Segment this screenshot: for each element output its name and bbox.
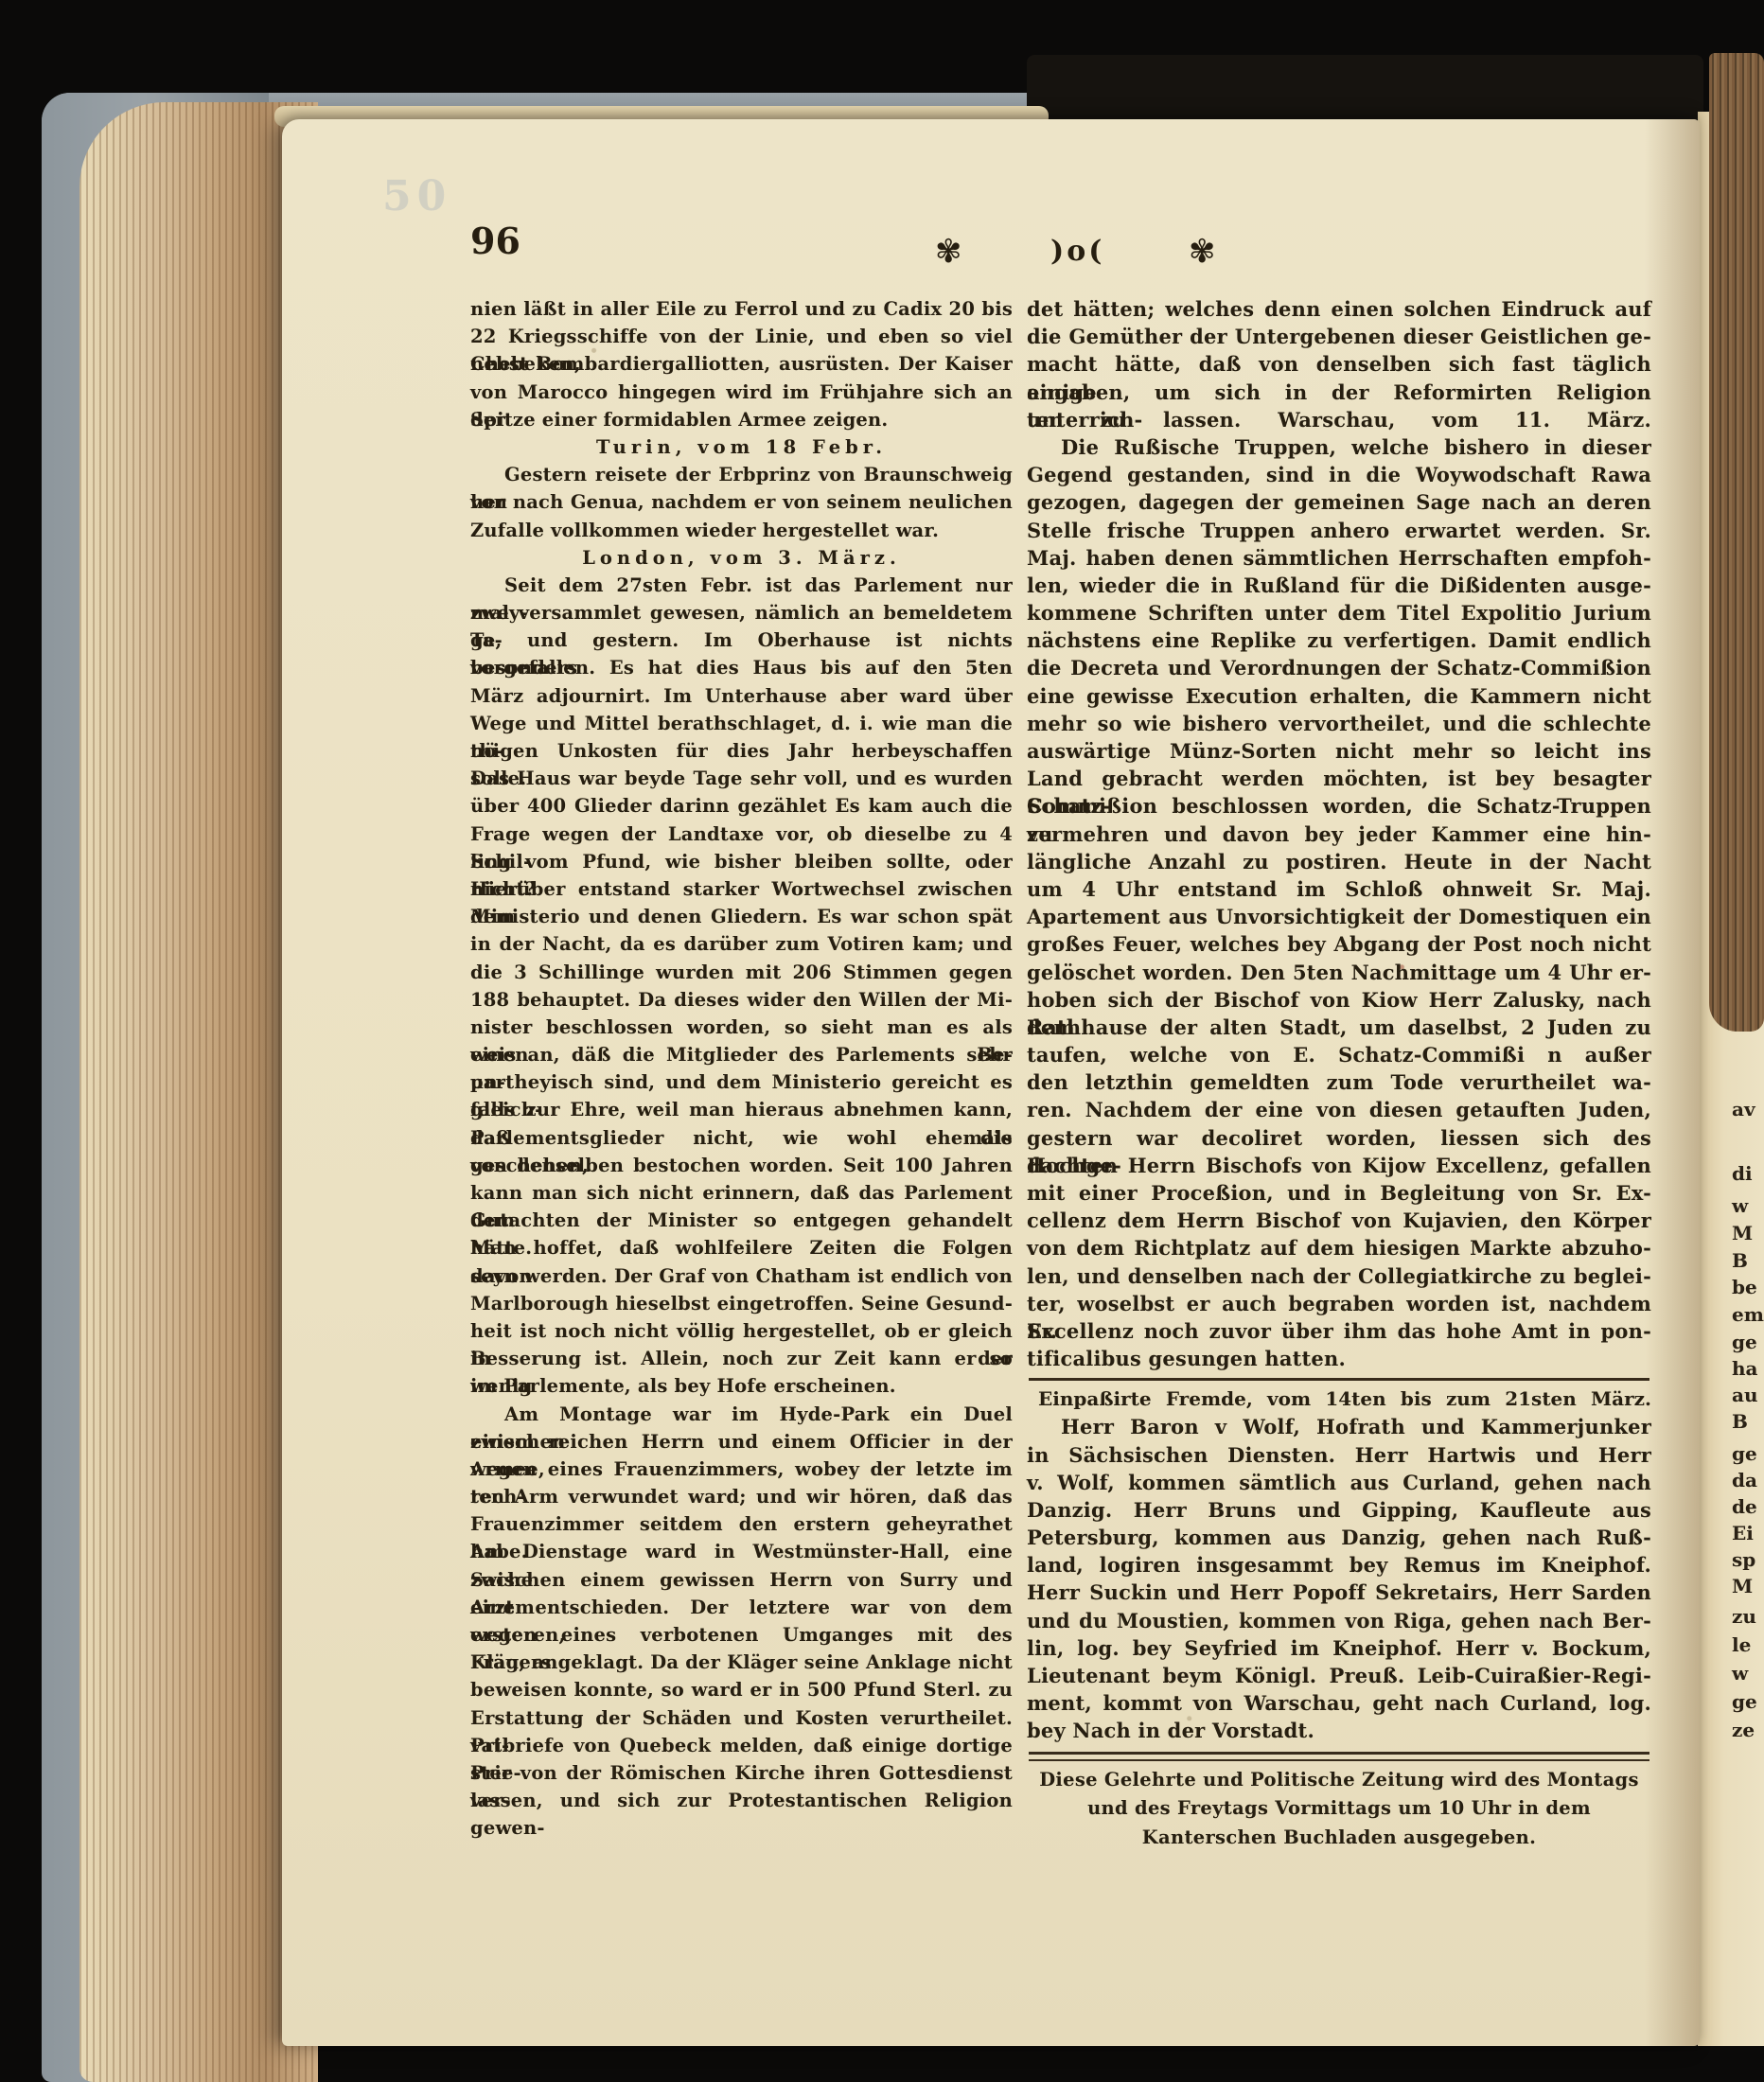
text-line: nebst Bombardiergalliotten, ausrüsten. D… — [470, 350, 1013, 378]
text-line: mehr so wie bishero vervortheilet, und d… — [1027, 710, 1651, 737]
text-line: Gestern reisete der Erbprinz von Braunsc… — [470, 461, 1013, 488]
newspaper-page: 50 96 ✾ )o( ✾ nien läßt in aller Eile zu… — [282, 119, 1700, 2046]
text-line: die Gemüther der Untergebenen dieser Gei… — [1027, 323, 1651, 350]
text-line: nister beschlossen worden, so sieht man … — [470, 1014, 1013, 1041]
text-line: Man hoffet, daß wohlfeilere Zeiten die F… — [470, 1234, 1013, 1262]
cut-off-text-fragment: be — [1732, 1276, 1757, 1298]
page-gutter-shadow — [1645, 119, 1700, 2046]
text-line: Am Montage war im Hyde-Park ein Duel zwi… — [470, 1401, 1013, 1428]
text-line: partheyisch sind, und dem Ministerio ger… — [470, 1068, 1013, 1096]
text-line: gezogen, dagegen der gemeinen Sage nach … — [1027, 488, 1651, 516]
text-line: 22 Kriegsschiffe von der Linie, und eben… — [470, 323, 1013, 350]
cut-off-text-fragment: ge — [1732, 1331, 1757, 1353]
text-line: Turin, vom 18 Febr. — [470, 433, 1013, 461]
text-line: taufen, welche von E. Schatz-Commißi n a… — [1027, 1041, 1651, 1068]
text-line: thigen Unkosten für dies Jahr herbeyscha… — [470, 737, 1013, 765]
cut-off-text-fragment: av — [1732, 1098, 1755, 1120]
cut-off-text-fragment: de — [1732, 1495, 1757, 1518]
text-line: Petersburg, kommen aus Danzig, gehen nac… — [1027, 1524, 1651, 1551]
text-line: Marlborough hieselbst eingetroffen. Sein… — [470, 1290, 1013, 1317]
text-line: falls zur Ehre, weil man hieraus abnehme… — [470, 1096, 1013, 1123]
cut-off-text-fragment: di — [1732, 1162, 1753, 1185]
text-line: einem reichen Herrn und einem Officier i… — [470, 1428, 1013, 1456]
text-line: len, und denselben nach der Collegiatkir… — [1027, 1262, 1651, 1290]
arrivals-list: Herr Baron v Wolf, Hofrath und Kammerjun… — [1027, 1413, 1651, 1744]
cut-off-text-fragment: da — [1732, 1469, 1757, 1491]
left-text-column: nien läßt in aller Eile zu Ferrol und zu… — [470, 295, 1013, 1814]
text-line: von dem Richtplatz auf dem hiesigen Mark… — [1027, 1234, 1651, 1262]
colophon-divider-rule — [1029, 1752, 1649, 1761]
text-line: 188 behauptet. Da dieses wider den Wille… — [470, 986, 1013, 1014]
text-line: Frau, angeklagt. Da der Kläger seine Ank… — [470, 1649, 1013, 1676]
cut-off-text-fragment: B — [1732, 1249, 1748, 1272]
text-line: ten zu lassen. Warschau, vom 11. März. — [1027, 406, 1651, 433]
text-line: len, wieder die in Rußland für die Dißid… — [1027, 572, 1651, 599]
text-line: Herr Suckin und Herr Popoff Sekretairs, … — [1027, 1579, 1651, 1606]
right-column-news: det hätten; welches denn einen solchen E… — [1027, 295, 1651, 1372]
text-line: hoben sich der Bischof von Kiow Herr Zal… — [1027, 986, 1651, 1014]
text-line: Maj. haben denen sämmtlichen Herrschafte… — [1027, 544, 1651, 572]
cut-off-text-fragment: M — [1732, 1575, 1753, 1597]
text-line: tificalibus gesungen hatten. — [1027, 1345, 1651, 1372]
text-line: Diese Gelehrte und Politische Zeitung wi… — [1027, 1766, 1651, 1795]
text-line: Parlementsglieder nicht, wie wohl ehemal… — [470, 1124, 1013, 1152]
text-line: Spitze einer formidablen Armee zeigen. — [470, 406, 1013, 433]
text-line: um 4 Uhr entstand im Schloß ohnweit Sr. … — [1027, 875, 1651, 903]
text-line: Erstattung der Schäden und Kosten verurt… — [470, 1704, 1013, 1732]
text-line: Hierüber entstand starker Wortwechsel zw… — [470, 875, 1013, 903]
text-line: Frage wegen der Landtaxe vor, ob dieselb… — [470, 820, 1013, 848]
colophon: Diese Gelehrte und Politische Zeitung wi… — [1027, 1766, 1651, 1853]
text-line: Gutachten der Minister so entgegen gehan… — [470, 1207, 1013, 1234]
page-number: 96 — [470, 220, 520, 262]
text-line: cellenz dem Herrn Bischof von Kujavien, … — [1027, 1207, 1651, 1234]
photographed-book-page: { "document": { "page_number": "96", "gh… — [0, 0, 1764, 2082]
text-line: Danzig. Herr Bruns und Gipping, Kaufleut… — [1027, 1496, 1651, 1524]
text-line: ge, und gestern. Im Oberhause ist nichts… — [470, 626, 1013, 654]
cut-off-text-fragment: B — [1732, 1410, 1748, 1433]
text-line: Seit dem 27sten Febr. ist das Parlement … — [470, 572, 1013, 599]
text-line: det hätten; welches denn einen solchen E… — [1027, 295, 1651, 323]
cut-off-text-fragment: ge — [1732, 1442, 1757, 1465]
text-line: land, logiren insgesammt bey Remus im Kn… — [1027, 1551, 1651, 1579]
cut-off-text-fragment: em — [1732, 1303, 1764, 1326]
text-line: nien läßt in aller Eile zu Ferrol und zu… — [470, 295, 1013, 323]
cut-off-text-fragment: ge — [1732, 1690, 1757, 1713]
text-line: Am Dienstage ward in Westmünster-Hall, e… — [470, 1538, 1013, 1565]
text-line: Herr Baron v Wolf, Hofrath und Kammerjun… — [1027, 1413, 1651, 1440]
text-line: die Decreta und Verordnungen der Schatz-… — [1027, 654, 1651, 681]
header-center-mark: )o( — [1050, 235, 1104, 268]
text-line: im Parlemente, als bey Hofe erscheinen. — [470, 1372, 1013, 1400]
text-line: auswärtige Münz-Sorten nicht mehr so lei… — [1027, 737, 1651, 765]
text-line: mal versammlet gewesen, nämlich an bemel… — [470, 599, 1013, 626]
cut-off-text-fragment: zu — [1732, 1605, 1756, 1628]
text-line: angaben, um sich in der Reformirten Reli… — [1027, 379, 1651, 406]
text-line: in der Nacht, da es darüber zum Votiren … — [470, 930, 1013, 958]
cut-off-text-fragment: Ei — [1732, 1522, 1754, 1544]
text-line: vatbriefe von Quebeck melden, daß einige… — [470, 1732, 1013, 1759]
text-line: ter, woselbst er auch begraben worden is… — [1027, 1290, 1651, 1317]
text-line: Wege und Mittel berathschlaget, d. i. wi… — [470, 710, 1013, 737]
text-line: dachten Herrn Bischofs von Kijow Excelle… — [1027, 1152, 1651, 1179]
text-line: Stelle frische Truppen anhero erwartet w… — [1027, 517, 1651, 544]
cut-off-text-fragment: M — [1732, 1222, 1753, 1244]
text-line: ster von der Römischen Kirche ihren Gott… — [470, 1759, 1013, 1787]
text-line: wegen eines Frauenzimmers, wobey der let… — [470, 1456, 1013, 1483]
text-line: zwischen einem gewissen Herrn von Surry … — [470, 1566, 1013, 1594]
cut-off-text-fragment: ha — [1732, 1357, 1758, 1380]
text-line: nächstens eine Replike zu verfertigen. D… — [1027, 626, 1651, 654]
shell-ornament-icon: ✾ — [935, 233, 962, 271]
text-line: lin, log. bey Seyfried im Kneiphof. Herr… — [1027, 1634, 1651, 1662]
text-line: Besserung ist. Allein, noch zur Zeit kan… — [470, 1345, 1013, 1372]
text-line: weis an, däß die Mitglieder des Parlemen… — [470, 1041, 1013, 1068]
text-line: Excellenz noch zuvor über ihm das hohe A… — [1027, 1317, 1651, 1345]
text-line: die 3 Schillinge wurden mit 206 Stimmen … — [470, 959, 1013, 986]
text-line: Das Haus war beyde Tage sehr voll, und e… — [470, 765, 1013, 792]
text-line: über 400 Glieder darinn gezählet Es kam … — [470, 792, 1013, 820]
text-line: eine gewisse Execution erhalten, die Kam… — [1027, 682, 1651, 710]
cut-off-text-fragment: ze — [1732, 1719, 1755, 1741]
text-line: bey Nach in der Vorstadt. — [1027, 1717, 1651, 1744]
text-line: wegen eines verbotenen Umganges mit des … — [470, 1621, 1013, 1649]
text-line: und du Moustien, kommen von Riga, gehen … — [1027, 1607, 1651, 1634]
text-line: und des Freytags Vormittags um 10 Uhr in… — [1027, 1794, 1651, 1824]
text-line: Gegend gestanden, sind in die Woywodscha… — [1027, 461, 1651, 488]
text-line: mit einer Proceßion, und in Begleitung v… — [1027, 1179, 1651, 1207]
text-line: ten Arm verwundet ward; und wir hören, d… — [470, 1483, 1013, 1510]
text-line: März adjournirt. Im Unterhause aber ward… — [470, 682, 1013, 710]
text-line: Commißion beschlossen worden, die Schatz… — [1027, 792, 1651, 820]
cut-off-text-fragment: w — [1732, 1662, 1748, 1685]
text-line: ment, kommt von Warschau, geht nach Curl… — [1027, 1689, 1651, 1717]
book-block-shadow — [1027, 55, 1703, 125]
text-line: ling vom Pfund, wie bisher bleiben sollt… — [470, 848, 1013, 875]
text-line: in Sächsischen Diensten. Herr Hartwis un… — [1027, 1441, 1651, 1469]
text-line: London, vom 3. März. — [470, 544, 1013, 572]
bleedthrough-number: 50 — [382, 172, 451, 221]
text-line: Lieutenant beym Königl. Preuß. Leib-Cuir… — [1027, 1662, 1651, 1689]
text-line: beweisen konnte, so ward er in 500 Pfund… — [470, 1676, 1013, 1703]
right-text-column: det hätten; welches denn einen solchen E… — [1027, 295, 1651, 1852]
text-line: heit ist noch nicht völlig hergestellet,… — [470, 1317, 1013, 1345]
text-line: gestern war decoliret worden, liessen si… — [1027, 1124, 1651, 1152]
text-line: Land gebracht werden möchten, ist bey be… — [1027, 765, 1651, 792]
text-line: von Marocco hingegen wird im Frühjahre s… — [470, 379, 1013, 406]
text-line: Zufalle vollkommen wieder hergestellet w… — [470, 517, 1013, 544]
text-line: längliche Anzahl zu postiren. Heute in d… — [1027, 848, 1651, 875]
cut-off-text-fragment: sp — [1732, 1548, 1755, 1571]
text-line: seyn werden. Der Graf von Chatham ist en… — [470, 1262, 1013, 1290]
section-divider-rule — [1029, 1378, 1649, 1381]
text-line: Kanterschen Buchladen ausgegeben. — [1027, 1824, 1651, 1853]
arrivals-section-heading: Einpaßirte Fremde, vom 14ten bis zum 21s… — [1027, 1385, 1651, 1413]
fore-edge-pages — [1709, 53, 1764, 1032]
shell-ornament-icon: ✾ — [1189, 233, 1216, 271]
text-line: Apartement aus Unvorsichtigkeit der Dome… — [1027, 903, 1651, 930]
text-line: kommene Schriften unter dem Titel Expoli… — [1027, 599, 1651, 626]
text-line: macht hätte, daß von denselben sich fast… — [1027, 350, 1651, 378]
cut-off-text-fragment: le — [1732, 1633, 1751, 1656]
text-line: den letzthin gemeldten zum Tode verurthe… — [1027, 1068, 1651, 1096]
text-line: Frauenzimmer seitdem den erstern geheyra… — [470, 1510, 1013, 1538]
text-line: Die Rußische Truppen, welche bishero in … — [1027, 433, 1651, 461]
text-line: ren. Nachdem der eine von diesen getauft… — [1027, 1096, 1651, 1123]
text-line: gelöschet worden. Den 5ten Nachmittage u… — [1027, 959, 1651, 986]
text-line: Arzt entschieden. Der letztere war von d… — [470, 1594, 1013, 1621]
cut-off-text-fragment: au — [1732, 1384, 1758, 1406]
text-line: großes Feuer, welches bey Abgang der Pos… — [1027, 930, 1651, 958]
text-line: Rathhause der alten Stadt, um daselbst, … — [1027, 1014, 1651, 1041]
cut-off-text-fragment: w — [1732, 1194, 1748, 1217]
text-line: von denselben bestochen worden. Seit 100… — [470, 1152, 1013, 1179]
text-line: kann man sich nicht erinnern, daß das Pa… — [470, 1179, 1013, 1207]
text-line: vorgefallen. Es hat dies Haus bis auf de… — [470, 654, 1013, 681]
text-line: vermehren und davon bey jeder Kammer ein… — [1027, 820, 1651, 848]
text-line: her nach Genua, nachdem er von seinem ne… — [470, 488, 1013, 516]
text-line: Ministerio und denen Gliedern. Es war sc… — [470, 903, 1013, 930]
text-line: lassen, und sich zur Protestantischen Re… — [470, 1787, 1013, 1814]
text-line: v. Wolf, kommen sämtlich aus Curland, ge… — [1027, 1469, 1651, 1496]
